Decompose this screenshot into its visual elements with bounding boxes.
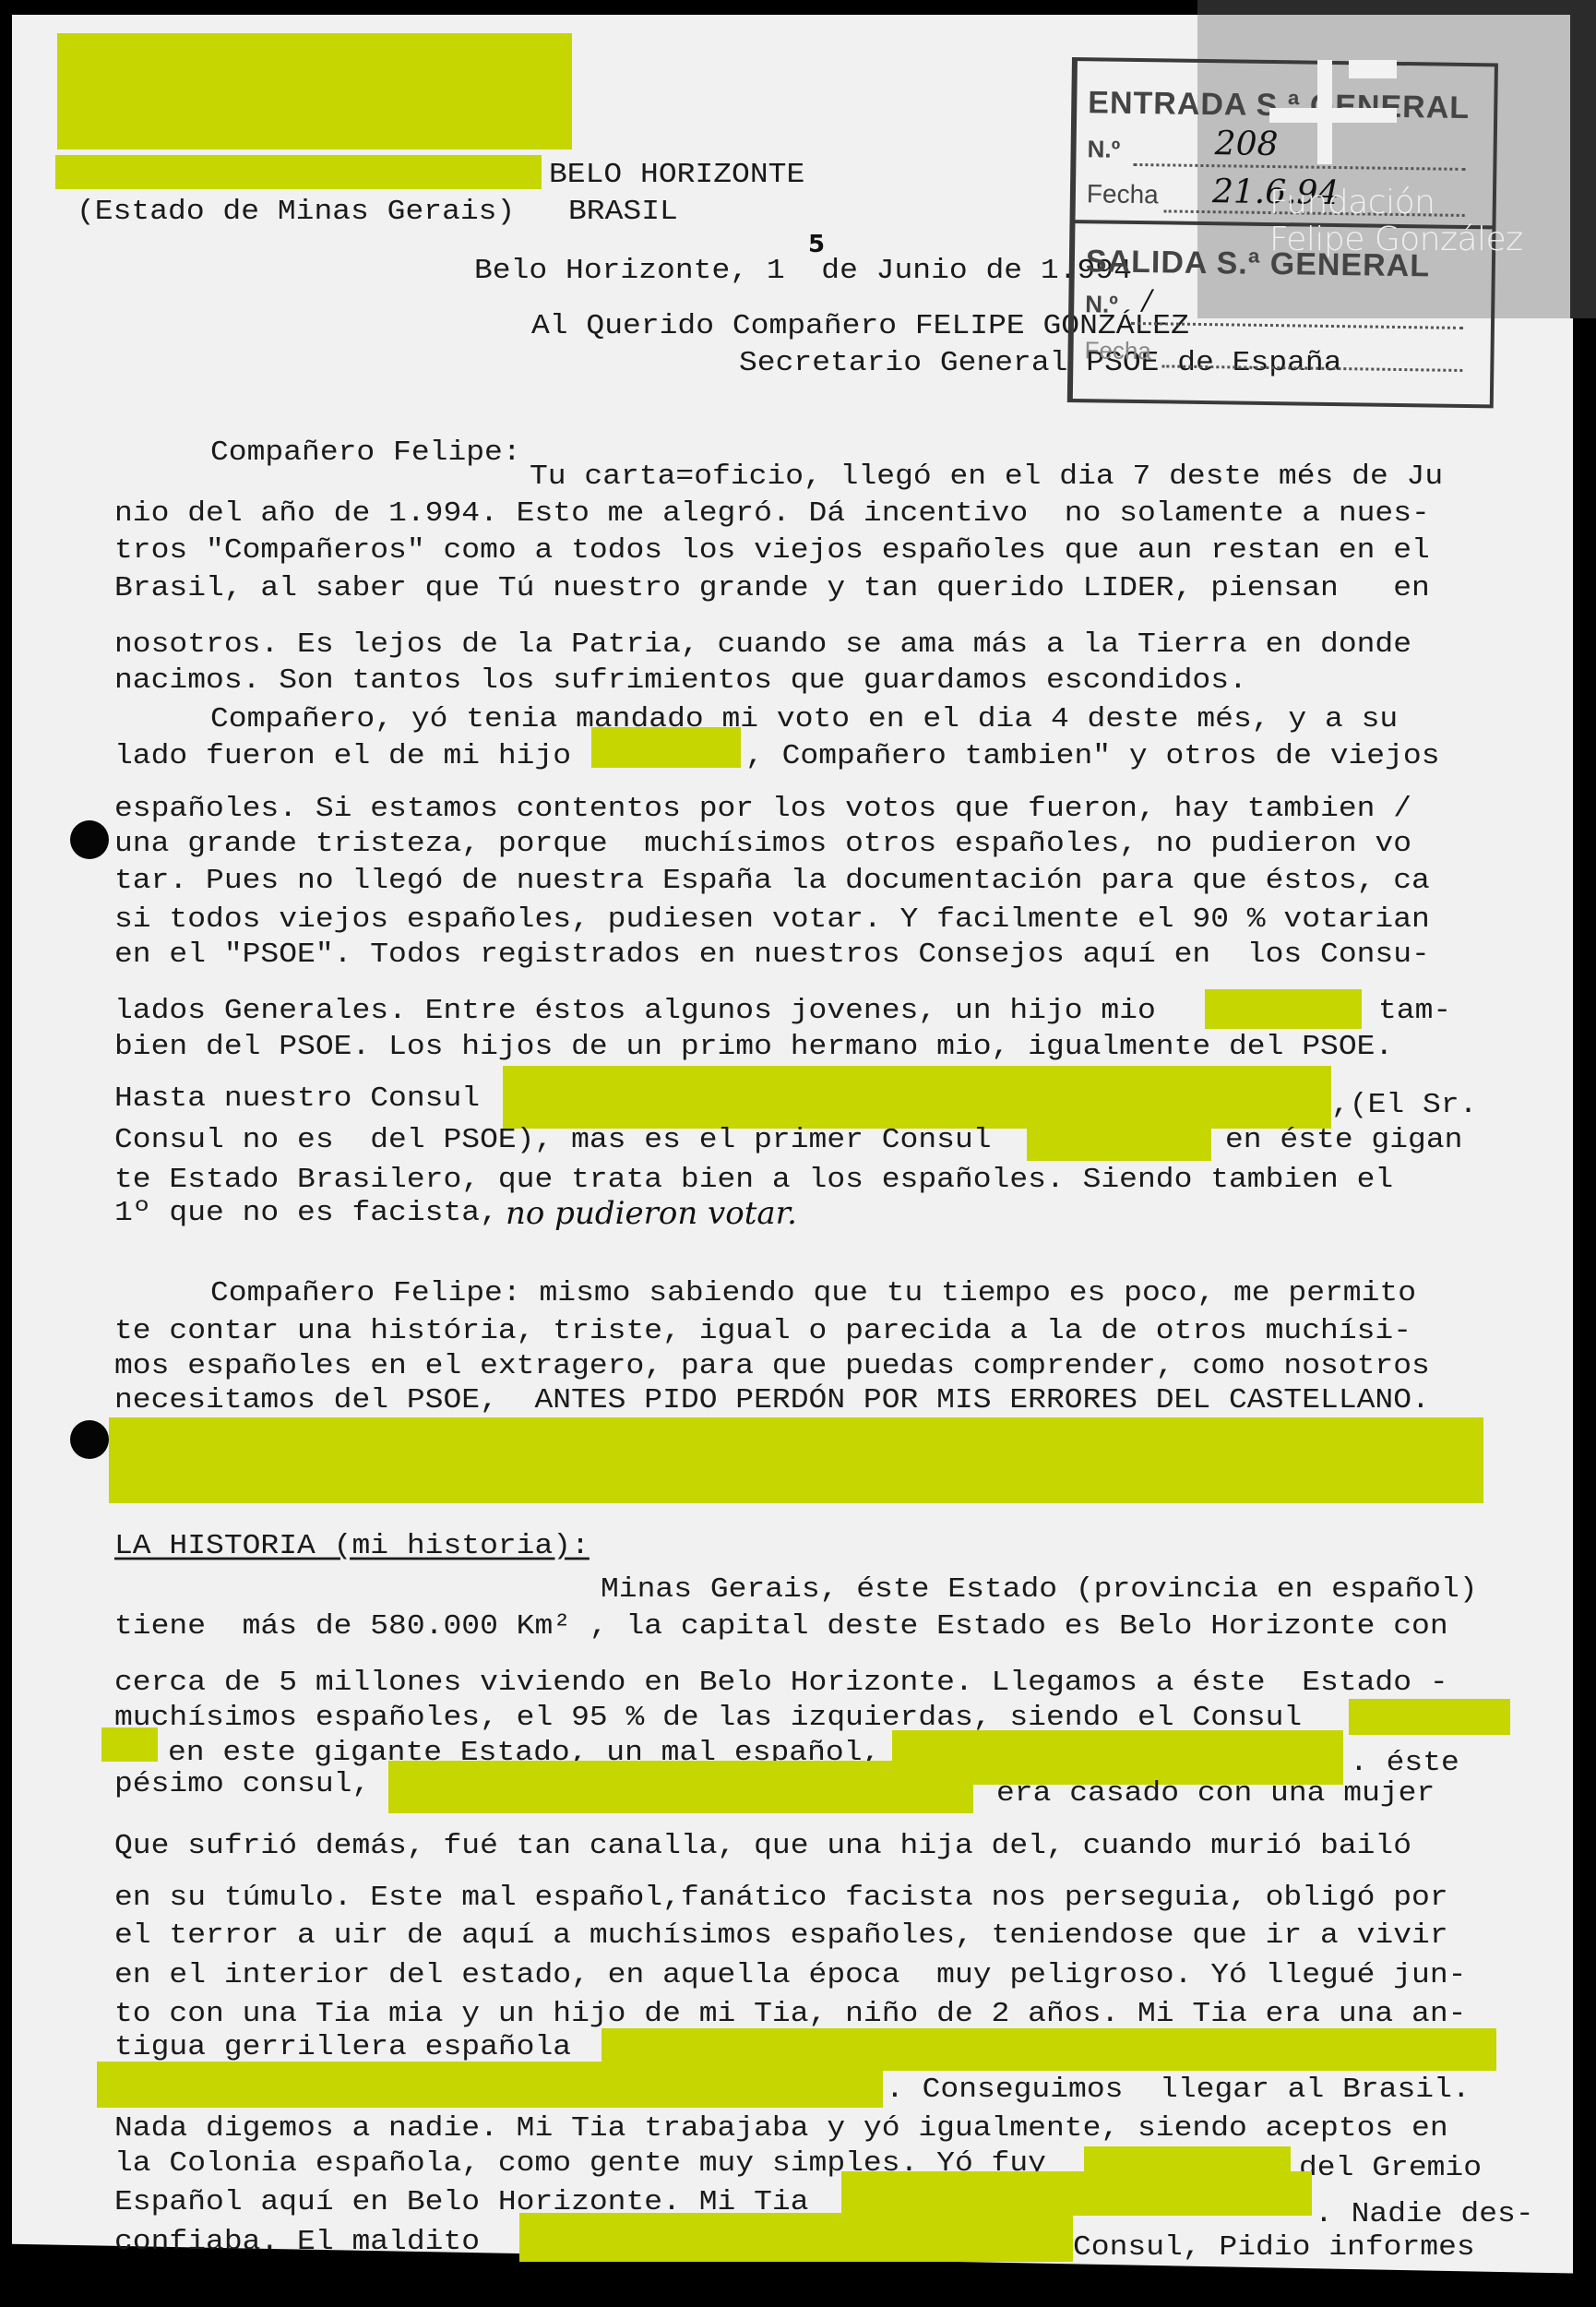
redaction-aunt-details-2 xyxy=(97,2062,883,2108)
body-line: te contar una história, triste, igual o … xyxy=(114,1317,1411,1345)
watermark-logo-horizontal xyxy=(1269,108,1397,123)
redaction-sender-block xyxy=(57,33,572,149)
stamp-numero-dots xyxy=(1133,163,1465,171)
body-line: tam- xyxy=(1378,997,1451,1024)
body-line: bien del PSOE. Los hijos de un primo her… xyxy=(114,1033,1393,1060)
redaction-sender-address xyxy=(55,155,542,189)
body-line: Tu carta=oficio, llegó en el dia 7 deste… xyxy=(530,462,1443,490)
body-line: tar. Pues no llegó de nuestra España la … xyxy=(114,867,1430,894)
historia-line: en su túmulo. Este mal español,fanático … xyxy=(114,1883,1448,1911)
date-line: Belo Horizonte, 1 de Junio de 1.994 xyxy=(474,257,1132,284)
redaction-son-name xyxy=(591,727,741,768)
redaction-son-name-2 xyxy=(1205,989,1362,1029)
redaction-consul-details xyxy=(388,1761,973,1813)
historia-line: Español aquí en Belo Horizonte. Mi Tia xyxy=(114,2188,809,2216)
stamp-salida-numero-label: N.º xyxy=(1085,292,1118,316)
historia-line: en el interior del estado, en aquella ép… xyxy=(114,1961,1466,1989)
salutation: Compañero Felipe: xyxy=(210,438,521,466)
body-line: ,(El Sr. xyxy=(1331,1091,1477,1118)
binder-hole-bottom xyxy=(70,1420,109,1459)
redaction-consul-name-4 xyxy=(519,2213,1073,2262)
body-line: te Estado Brasilero, que trata bien a lo… xyxy=(114,1165,1393,1193)
stamp-numero-label: N.º xyxy=(1087,137,1120,161)
redaction-consul-title xyxy=(1027,1128,1211,1161)
stamp-salida-numero-value: / xyxy=(1142,287,1152,315)
body-line: Brasil, al saber que Tú nuestro grande y… xyxy=(114,574,1430,602)
redaction-consul-name xyxy=(503,1066,1331,1129)
historia-line: del Gremio xyxy=(1299,2154,1482,2181)
body-line: tros "Compañeros" como a todos los viejo… xyxy=(114,536,1430,564)
historia-line: tiene más de 580.000 Km² , la capital de… xyxy=(114,1612,1448,1640)
body-line: , Compañero tambien" y otros de viejos xyxy=(745,742,1440,770)
stamp-salida-fecha-dots xyxy=(1161,365,1462,372)
historia-line: pésimo consul, xyxy=(114,1770,370,1798)
body-line: nio del año de 1.994. Esto me alegró. Dá… xyxy=(114,499,1430,527)
watermark-line-1: Fundación xyxy=(1269,186,1435,220)
body-line: nosotros. Es lejos de la Patria, cuando … xyxy=(114,630,1411,658)
historia-heading: LA HISTORIA (mi historia): xyxy=(114,1532,590,1560)
stamp-salida-numero-dots xyxy=(1131,322,1463,329)
stamp-fecha-label: Fecha xyxy=(1087,181,1159,208)
redaction-consul-name-3 xyxy=(101,1727,158,1762)
body-line: Hasta nuestro Consul xyxy=(114,1084,480,1112)
body-line: Consul no es del PSOE), mas es el primer… xyxy=(114,1126,992,1153)
historia-line: confiaba. El maldito xyxy=(114,2228,480,2255)
body-line: lados Generales. Entre éstos algunos jov… xyxy=(114,997,1156,1024)
header-city: BELO HORIZONTE xyxy=(549,161,804,188)
header-country: BRASIL xyxy=(568,197,678,225)
redaction-aunt-job xyxy=(841,2171,1312,2216)
historia-line: muchísimos españoles, el 95 % de las izq… xyxy=(114,1703,1302,1731)
stamp-salida-fecha-label: Fecha xyxy=(1084,338,1151,363)
watermark-line-2: Felipe González xyxy=(1269,223,1523,257)
historia-line: Nada digemos a nadie. Mi Tia trabajaba y… xyxy=(114,2114,1448,2142)
redaction-consul-name-2 xyxy=(1349,1699,1510,1735)
body-line: necesitamos del PSOE, ANTES PIDO PERDÓN … xyxy=(114,1386,1430,1414)
redaction-large-block xyxy=(109,1417,1483,1503)
body-line: lado fueron el de mi hijo xyxy=(114,742,571,770)
historia-line: . Nadie des- xyxy=(1315,2200,1534,2228)
historia-line: to con una Tia mia y un hijo de mi Tia, … xyxy=(114,2000,1466,2027)
historia-line: Minas Gerais, éste Estado (provincia en … xyxy=(601,1575,1478,1603)
historia-line: . Conseguimos llegar al Brasil. xyxy=(886,2075,1471,2103)
body-line: 1º que no es facista, xyxy=(114,1199,498,1226)
historia-line: tigua gerrillera española xyxy=(114,2033,571,2061)
watermark-logo-top xyxy=(1349,60,1397,78)
body-line: Compañero, yó tenia mandado mi voto en e… xyxy=(210,705,1398,733)
body-line: Compañero Felipe: mismo sabiendo que tu … xyxy=(210,1279,1416,1307)
historia-line: . éste xyxy=(1350,1749,1459,1776)
body-line: españoles. Si estamos contentos por los … xyxy=(114,795,1411,822)
body-line: una grande tristeza, porque muchísimos o… xyxy=(114,830,1411,857)
historia-line: Que sufrió demás, fué tan canalla, que u… xyxy=(114,1832,1411,1859)
historia-line: era casado con una mujer xyxy=(996,1779,1435,1807)
binder-hole-top xyxy=(70,820,109,859)
body-line: en el "PSOE". Todos registrados en nuest… xyxy=(114,940,1430,968)
historia-line: cerca de 5 millones viviendo en Belo Hor… xyxy=(114,1668,1448,1696)
body-line: nacimos. Son tantos los sufrimientos que… xyxy=(114,666,1247,694)
body-line: en éste gigan xyxy=(1225,1126,1462,1153)
historia-line: el terror a uir de aquí a muchísimos esp… xyxy=(114,1921,1448,1949)
historia-line: Consul, Pidio informes xyxy=(1073,2233,1475,2261)
body-line: si todos viejos españoles, pudiesen vota… xyxy=(114,905,1430,933)
stamp-numero-value: 208 xyxy=(1214,127,1278,161)
body-line: mos españoles en el extragero, para que … xyxy=(114,1352,1430,1380)
date-handwritten-correction: 5 xyxy=(808,231,825,258)
header-state: (Estado de Minas Gerais) xyxy=(77,197,515,225)
handwritten-note: no pudieron votar. xyxy=(506,1198,797,1229)
